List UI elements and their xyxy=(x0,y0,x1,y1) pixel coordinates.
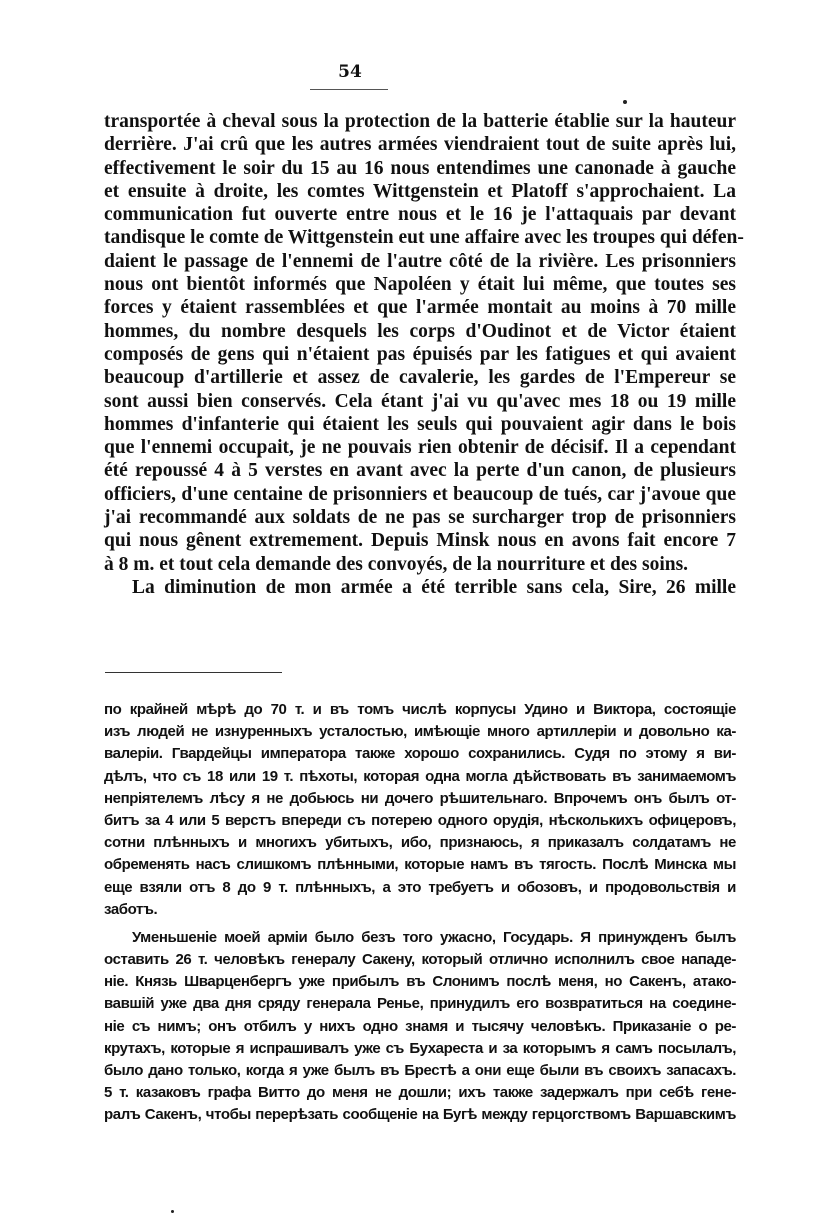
main-text-line: effectivement le soir du 15 au 16 nous e… xyxy=(104,157,736,180)
footnote-translation: по крайней мѣрѣ до 70 т. и въ томъ числѣ… xyxy=(104,699,736,1127)
footnote-line: заботъ. xyxy=(104,899,736,921)
main-text-line: qui nous gênent extremement. Depuis Mins… xyxy=(104,529,736,552)
main-text-body: transportée à cheval sous la protection … xyxy=(104,110,736,599)
main-text-line: et ensuite à droite, les comtes Wittgens… xyxy=(104,180,736,203)
footnote-line: ніе съ нимъ; онъ отбилъ у нихъ одно знам… xyxy=(104,1016,736,1038)
main-text-line: j'ai recommandé aux soldats de ne pas se… xyxy=(104,506,736,529)
main-text-line: tandisque le comte de Wittgenstein eut u… xyxy=(104,226,736,249)
main-text-line: derrière. J'ai crû que les autres armées… xyxy=(104,133,736,156)
main-text-line: été repoussé 4 à 5 verstes en avant avec… xyxy=(104,459,736,482)
footnote-line: обременять насъ слишкомъ плѣнными, котор… xyxy=(104,854,736,876)
footnote-line: было дано только, когда я уже былъ въ Бр… xyxy=(104,1060,736,1082)
main-text-line: forces y étaient rassemblées et que l'ar… xyxy=(104,296,736,319)
footnote-line: по крайней мѣрѣ до 70 т. и въ томъ числѣ… xyxy=(104,699,736,721)
footnote-separator xyxy=(105,672,282,673)
footnote-line: дѣлъ, что съ 18 или 19 т. пѣхоты, котора… xyxy=(104,766,736,788)
main-text-line: La diminution de mon armée a été terribl… xyxy=(104,576,736,599)
scan-speck xyxy=(171,1210,174,1213)
main-text-line: nous ont bientôt informés que Napoléen y… xyxy=(104,273,736,296)
main-text-line: composés de gens qui n'étaient pas épuis… xyxy=(104,343,736,366)
footnote-line: валеріи. Гвардейцы императора также хоро… xyxy=(104,743,736,765)
page-number: 54 xyxy=(330,62,370,82)
footnote-line: ралъ Сакенъ, чтобы перерѣзать сообщеніе … xyxy=(104,1104,736,1126)
footnote-line: сотни плѣнныхъ и многихъ убитыхъ, ибо, п… xyxy=(104,832,736,854)
main-text-line: à 8 m. et tout cela demande des convoyés… xyxy=(104,553,736,576)
main-text-line: communication fut ouverte entre nous et … xyxy=(104,203,736,226)
main-text-line: hommes d'infanterie qui étaient les seul… xyxy=(104,413,736,436)
main-text-line: officiers, d'une centaine de prisonniers… xyxy=(104,483,736,506)
footnote-line: крутахъ, которые я испрашивалъ уже съ Бу… xyxy=(104,1038,736,1060)
main-text-line: transportée à cheval sous la protection … xyxy=(104,110,736,133)
footnote-line: 5 т. казаковъ графа Витто до меня не дош… xyxy=(104,1082,736,1104)
footnote-line: ніе. Князь Шварценбергъ уже прибылъ въ С… xyxy=(104,971,736,993)
main-text-line: daient le passage de l'ennemi de l'autre… xyxy=(104,250,736,273)
footnote-line: еще взяли отъ 8 до 9 т. плѣнныхъ, а это … xyxy=(104,877,736,899)
footnote-line: Уменьшеніе моей арміи было безъ того ужа… xyxy=(104,927,736,949)
footnote-line: битъ за 4 или 5 верстъ впереди съ потере… xyxy=(104,810,736,832)
scan-speck xyxy=(623,100,627,104)
footnote-line: вавшій уже два дня сряду генерала Ренье,… xyxy=(104,993,736,1015)
main-text-line: beaucoup d'artillerie et assez de cavale… xyxy=(104,366,736,389)
footnote-line: оставить 26 т. человѣкъ генералу Сакену,… xyxy=(104,949,736,971)
footnote-line: непріятелемъ лѣсу я не добьюсь ни дочего… xyxy=(104,788,736,810)
main-text-line: hommes, du nombre desquels les corps d'O… xyxy=(104,320,736,343)
page-number-rule xyxy=(310,89,388,90)
main-text-line: que l'ennemi occupait, je ne pouvais rie… xyxy=(104,436,736,459)
main-text-line: sont aussi bien conservés. Cela étant j'… xyxy=(104,390,736,413)
footnote-line: изъ людей не изнуренныхъ усталостью, имѣ… xyxy=(104,721,736,743)
